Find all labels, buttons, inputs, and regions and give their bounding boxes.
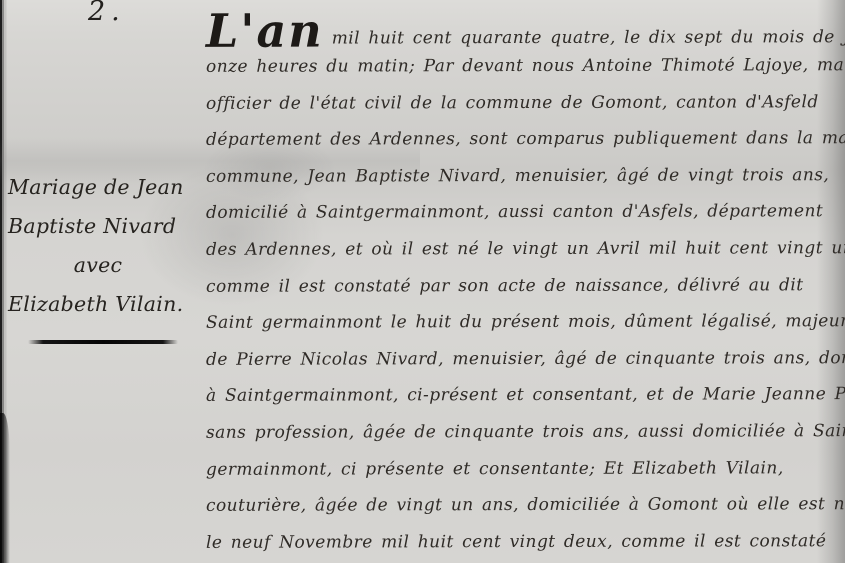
manuscript-line: des Ardennes, et où il est né le vingt u…: [206, 230, 842, 268]
page-scan: 2. Mariage de Jean Baptiste Nivard avec …: [0, 0, 845, 563]
manuscript-body: L'anmil huit cent quarante quatre, le di…: [206, 6, 842, 560]
binding-edge-bottom: [0, 413, 10, 563]
margin-annotation: Mariage de Jean Baptiste Nivard avec Eli…: [8, 168, 208, 344]
manuscript-line: onze heures du matin; Par devant nous An…: [206, 47, 842, 85]
margin-line: Baptiste Nivard: [8, 207, 208, 246]
entry-number: 2.: [88, 0, 126, 27]
manuscript-line: officier de l'état civil de la commune d…: [206, 84, 842, 122]
manuscript-line: commune, Jean Baptiste Nivard, menuisier…: [206, 157, 842, 195]
margin-line: Mariage de Jean: [8, 168, 208, 207]
manuscript-line-text: mil huit cent quarante quatre, le dix se…: [332, 27, 845, 49]
margin-line: Elizabeth Vilain.: [8, 285, 208, 324]
manuscript-line: le neuf Novembre mil huit cent vingt deu…: [206, 523, 842, 561]
manuscript-line: Saint germainmont le huit du présent moi…: [206, 303, 842, 341]
manuscript-line: de Pierre Nicolas Nivard, menuisier, âgé…: [206, 340, 842, 378]
manuscript-line: couturière, âgée de vingt un ans, domici…: [206, 486, 842, 524]
manuscript-line: sans profession, âgée de cinquante trois…: [206, 413, 842, 451]
margin-line: avec: [8, 246, 188, 285]
manuscript-line: L'anmil huit cent quarante quatre, le di…: [206, 5, 842, 49]
manuscript-line: département des Ardennes, sont comparus …: [206, 120, 842, 158]
manuscript-line: domicilié à Saintgermainmont, aussi cant…: [206, 194, 842, 232]
margin-divider: [28, 340, 178, 344]
manuscript-line: à Saintgermainmont, ci-présent et consen…: [206, 377, 842, 415]
manuscript-line: germainmont, ci présente et consentante;…: [206, 450, 842, 488]
manuscript-line: comme il est constaté par son acte de na…: [206, 267, 842, 305]
